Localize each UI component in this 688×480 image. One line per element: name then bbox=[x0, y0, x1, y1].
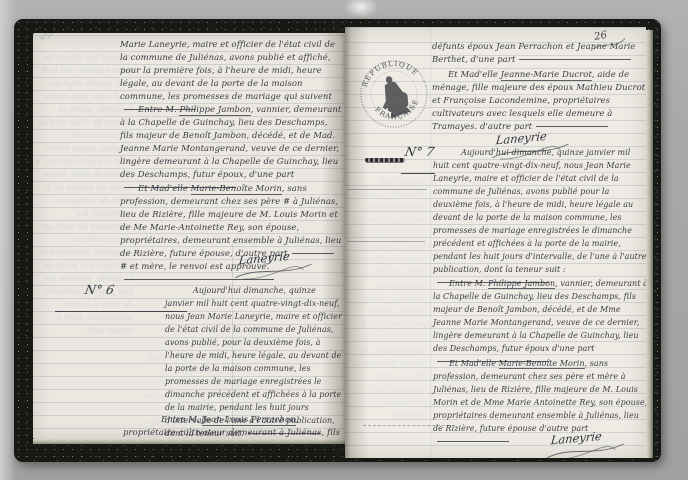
act5-groom-paragraph: Entre M. Philippe Jambon, vannier, demeu… bbox=[120, 104, 342, 195]
crossed-out-scribble bbox=[365, 158, 405, 162]
register-scan: Aujourd'hui dimanche, quinze janvier mil… bbox=[0, 0, 688, 480]
margin-dash bbox=[347, 189, 427, 190]
groom-details: , vannier, demeurant à la Chapelle de Gu… bbox=[433, 279, 646, 353]
groom-lead: Entre M. bbox=[449, 279, 488, 288]
act6-groom-paragraph: Entre M. Jean-Louis Perrachon, propriéta… bbox=[123, 414, 345, 439]
act6-parents-line: défunts époux Jean Perrachon et Jeanne M… bbox=[432, 41, 646, 67]
bride-name: Marie-Benoîte Morin bbox=[191, 184, 282, 195]
groom-name: Philippe Jambon bbox=[179, 105, 250, 116]
bleedthrough-text: Aujourd'hui dimanche, quinze janvier mil… bbox=[35, 51, 133, 435]
ink-fill-line bbox=[437, 439, 509, 442]
act7-number: N° 7 bbox=[404, 145, 436, 159]
act6-number: N° 6 bbox=[84, 283, 116, 297]
groom-lead: Entre M. bbox=[161, 415, 202, 425]
scan-light-artifact bbox=[344, 0, 378, 18]
bride-lead: Et Mad'elle bbox=[448, 70, 501, 80]
bride-details: , sans profession, demeurant chez ses pè… bbox=[433, 359, 646, 433]
act-number-underline bbox=[401, 173, 435, 174]
bride-lead: Et Mad'elle bbox=[138, 184, 191, 194]
official-stamp: RÉPUBLIQUE FRANÇAISE bbox=[350, 50, 439, 139]
act7-body-text: Aujourd'hui dimanche, quinze janvier mil… bbox=[433, 148, 646, 274]
bride-lead: Et Mad'elle bbox=[449, 359, 499, 368]
page-stack-edge-right bbox=[646, 30, 653, 458]
pencil-mark: 27 bbox=[40, 33, 54, 42]
groom-lead: Entre M. bbox=[138, 105, 179, 115]
right-page: Aujourd'hui dimanche, quinze janvier mil… bbox=[345, 27, 646, 458]
left-page: Aujourd'hui dimanche, quinze janvier mil… bbox=[33, 33, 345, 439]
page-stack-edge-bottom bbox=[33, 439, 345, 444]
act6-bride-paragraph: Et Mad'elle Jeanne-Marie Ducrot, aide de… bbox=[432, 69, 646, 134]
act5-continuation-text: Marie Laneyrie, maire et officier de l'é… bbox=[120, 40, 335, 102]
parents-text: défunts époux Jean Perrachon et Jeanne M… bbox=[432, 42, 636, 65]
bleedthrough-text: Aujourd'hui dimanche, quinze janvier mil… bbox=[347, 175, 427, 421]
bride-name: Marie-Benoîte Morin bbox=[499, 359, 585, 369]
signature-laneyrie: Laneyrie bbox=[549, 427, 629, 458]
groom-name: Jean-Louis Perrachon bbox=[202, 415, 295, 426]
bride-name: Jeanne-Marie Ducrot bbox=[501, 70, 592, 81]
groom-details: , vannier, demeurant à la Chapelle de Gu… bbox=[120, 105, 341, 180]
act7-groom-paragraph: Entre M. Philippe Jambon, vannier, demeu… bbox=[433, 277, 646, 368]
groom-name: Philippe Jambon bbox=[488, 279, 555, 289]
ink-fill-line bbox=[519, 57, 631, 60]
act7-body-paragraph: Aujourd'hui dimanche, quinze janvier mil… bbox=[433, 146, 646, 289]
margin-dash bbox=[347, 241, 425, 242]
